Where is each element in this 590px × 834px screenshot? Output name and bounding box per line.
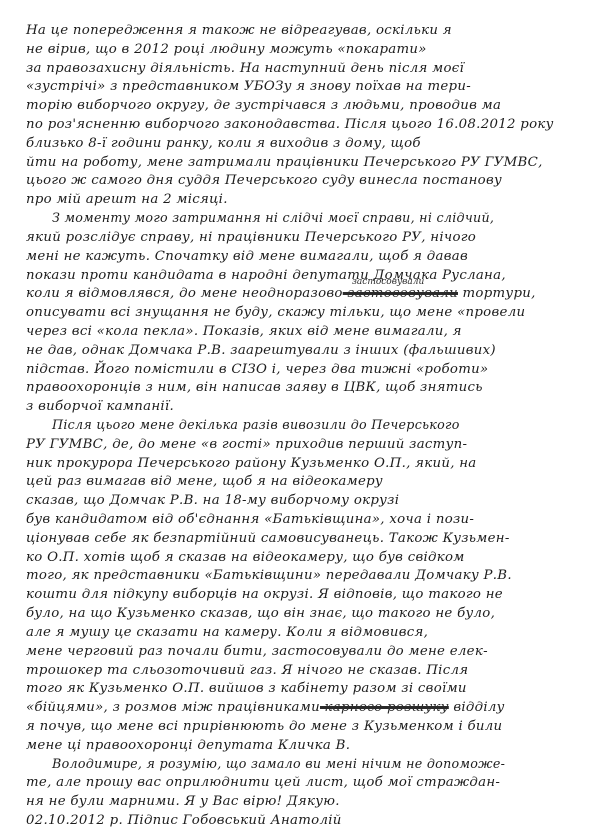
handwritten-line: мені не кажуть. Спочатку від мене вимага… [26, 249, 582, 264]
handwritten-insertion: застосовували [352, 277, 424, 287]
line-text: ник прокурора Печерського району Кузьмен… [26, 456, 477, 471]
line-text: цього ж самого дня суддя Печерського суд… [26, 173, 502, 188]
line-text: підстав. Його помістили в СІЗО і, через … [26, 362, 488, 377]
handwritten-line: «зустрічі» з представником УБОЗу я знову… [26, 79, 582, 94]
line-text: був кандидатом від об'єднання «Батьківщи… [26, 512, 474, 527]
handwritten-line: РУ ГУМВС, де, до мене «в гості» приходив… [26, 437, 582, 452]
line-text: «бійцями», з розмов між працівниками [26, 700, 320, 715]
handwritten-line: йти на роботу, мене затримали працівники… [26, 155, 582, 170]
line-text: сказав, що Домчак Р.В. на 18-му виборчом… [26, 493, 399, 508]
handwritten-line: близько 8-ї години ранку, коли я виходив… [26, 136, 582, 151]
handwritten-line: не вірив, що в 2012 році людину можуть «… [26, 42, 582, 57]
line-text: по роз'ясненню виборчого законодавства. … [26, 117, 554, 132]
line-text: я почув, що мене всі прирівнюють до мене… [26, 719, 502, 734]
handwritten-line: був кандидатом від об'єднання «Батьківщи… [26, 512, 582, 527]
line-text: через всі «кола пекла». Показів, яких ві… [26, 324, 462, 339]
line-text: з виборчої кампанії. [26, 399, 174, 414]
handwritten-line: 02.10.2012 р. Підпис Гобовський Анатолій [26, 813, 582, 828]
handwritten-line: мене ці правоохоронці депутата Кличка В. [26, 738, 582, 753]
handwritten-line: того, як представники «Батьківщини» пере… [26, 568, 582, 583]
handwritten-line: З моменту мого затримання ні слідчі моєї… [52, 211, 582, 226]
struck-out-word: застосовували [343, 286, 458, 301]
handwritten-line: кошти для підкупу виборців на окрузі. Я … [26, 587, 582, 602]
handwritten-line: На це попередження я також не відреагува… [26, 23, 582, 38]
handwritten-line: те, але прошу вас оприлюднити цей лист, … [26, 775, 582, 790]
line-text: цей раз вимагав від мене, щоб я на відео… [26, 474, 383, 489]
handwritten-line: мене черговий раз почали бити, застосову… [26, 644, 582, 659]
line-text: мене ці правоохоронці депутата Кличка В. [26, 738, 350, 753]
line-text: торію виборчого округу, де зустрічався з… [26, 98, 501, 113]
struck-out-word: карного розшуку [320, 700, 449, 715]
line-text: про мій арешт на 2 місяці. [26, 192, 228, 207]
handwritten-line: підстав. Його помістили в СІЗО і, через … [26, 362, 582, 377]
handwritten-line: сказав, що Домчак Р.В. на 18-му виборчом… [26, 493, 582, 508]
line-text: йти на роботу, мене затримали працівники… [26, 155, 543, 170]
handwritten-line: Володимире, я розумію, що замало ви мені… [52, 757, 582, 772]
line-text: не вірив, що в 2012 році людину можуть «… [26, 42, 427, 57]
line-text: ня не були марними. Я у Вас вірю! Дякую. [26, 794, 340, 809]
handwritten-line: «бійцями», з розмов між працівниками кар… [26, 700, 582, 715]
line-text-continued: тортури, [458, 286, 536, 301]
handwritten-line: за правозахисну діяльність. На наступний… [26, 61, 582, 76]
handwritten-line: через всі «кола пекла». Показів, яких ві… [26, 324, 582, 339]
line-text: того, як представники «Батьківщини» пере… [26, 568, 512, 583]
handwritten-line: ник прокурора Печерського району Кузьмен… [26, 456, 582, 471]
line-text: те, але прошу вас оприлюднити цей лист, … [26, 775, 500, 790]
handwritten-line: покази проти кандидата в народні депутат… [26, 268, 582, 283]
line-text: коли я відмовлявся, до мене неодноразово [26, 286, 343, 301]
handwritten-line: ко О.П. хотів щоб я сказав на відеокамер… [26, 550, 582, 565]
line-text: кошти для підкупу виборців на окрузі. Я … [26, 587, 503, 602]
line-text: близько 8-ї години ранку, коли я виходив… [26, 136, 421, 151]
line-text: який розслідує справу, ні працівники Печ… [26, 230, 476, 245]
handwritten-line: торію виборчого округу, де зустрічався з… [26, 98, 582, 113]
line-text: З моменту мого затримання ні слідчі моєї… [52, 211, 494, 226]
line-text: Після цього мене декілька разів вивозили… [52, 418, 460, 433]
line-text: того як Кузьменко О.П. вийшов з кабінету… [26, 681, 467, 696]
handwritten-line: коли я відмовлявся, до мене неодноразово… [26, 286, 582, 301]
line-text: «зустрічі» з представником УБОЗу я знову… [26, 79, 471, 94]
line-text: мені не кажуть. Спочатку від мене вимага… [26, 249, 468, 264]
line-text: ціонував себе як безпартійний самовисува… [26, 531, 510, 546]
handwritten-line: описувати всі знущання не буду, скажу ті… [26, 305, 582, 320]
line-text: але я мушу це сказати на камеру. Коли я … [26, 625, 428, 640]
handwritten-line: ня не були марними. Я у Вас вірю! Дякую. [26, 794, 582, 809]
handwritten-line: по роз'ясненню виборчого законодавства. … [26, 117, 582, 132]
handwritten-line: правоохоронців з ним, він написав заяву … [26, 380, 582, 395]
handwritten-line: було, на що Кузьменко сказав, що він зна… [26, 606, 582, 621]
handwritten-line: але я мушу це сказати на камеру. Коли я … [26, 625, 582, 640]
handwritten-line: який розслідує справу, ні працівники Печ… [26, 230, 582, 245]
handwritten-line: трошокер та сльозоточивий газ. Я нічого … [26, 663, 582, 678]
line-text: Володимире, я розумію, що замало ви мені… [52, 757, 505, 772]
line-text: не дав, однак Домчака Р.В. заарештували … [26, 343, 496, 358]
line-text: описувати всі знущання не буду, скажу ті… [26, 305, 525, 320]
handwritten-line: про мій арешт на 2 місяці. [26, 192, 582, 207]
handwritten-line: ціонував себе як безпартійний самовисува… [26, 531, 582, 546]
line-text: 02.10.2012 р. Підпис Гобовський Анатолій [26, 813, 342, 828]
handwritten-line: я почув, що мене всі прирівнюють до мене… [26, 719, 582, 734]
line-text: правоохоронців з ним, він написав заяву … [26, 380, 483, 395]
line-text: трошокер та сльозоточивий газ. Я нічого … [26, 663, 468, 678]
handwritten-line: Після цього мене декілька разів вивозили… [52, 418, 582, 433]
line-text: мене черговий раз почали бити, застосову… [26, 644, 488, 659]
line-text: за правозахисну діяльність. На наступний… [26, 61, 464, 76]
handwritten-line: не дав, однак Домчака Р.В. заарештували … [26, 343, 582, 358]
line-text: На це попередження я також не відреагува… [26, 23, 452, 38]
handwritten-line: цей раз вимагав від мене, щоб я на відео… [26, 474, 582, 489]
handwritten-line: з виборчої кампанії. [26, 399, 582, 414]
line-text: РУ ГУМВС, де, до мене «в гості» приходив… [26, 437, 467, 452]
line-text: було, на що Кузьменко сказав, що він зна… [26, 606, 495, 621]
line-text: ко О.П. хотів щоб я сказав на відеокамер… [26, 550, 465, 565]
handwritten-letter-page: На це попередження я також не відреагува… [0, 0, 590, 834]
line-text-continued: відділу [449, 700, 505, 715]
line-text: покази проти кандидата в народні депутат… [26, 268, 506, 283]
handwritten-line: того як Кузьменко О.П. вийшов з кабінету… [26, 681, 582, 696]
handwritten-line: цього ж самого дня суддя Печерського суд… [26, 173, 582, 188]
